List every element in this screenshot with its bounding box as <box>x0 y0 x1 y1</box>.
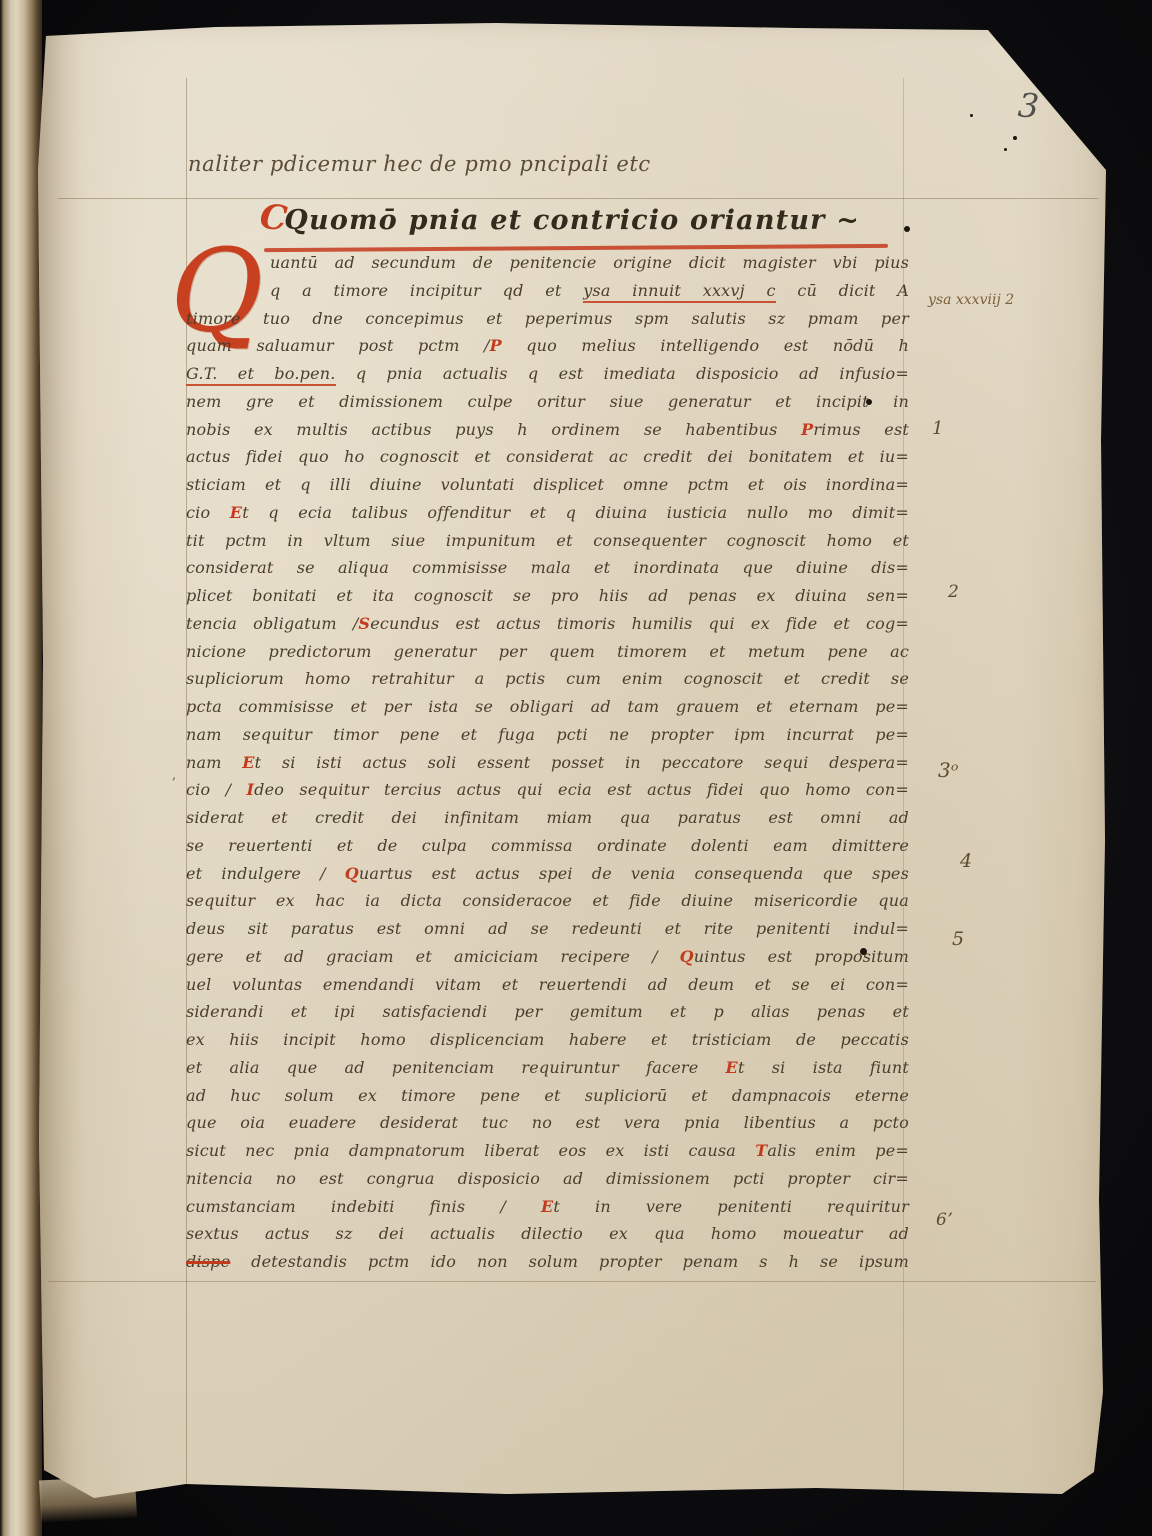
rubricated-letter: Q <box>345 864 359 883</box>
ink-speck <box>1013 136 1017 140</box>
text-segment: deus sit paratus est omni ad se redeunti… <box>186 919 909 938</box>
text-segment: rimus est <box>813 420 909 439</box>
text-segment: sequitur ex hac ia dicta consideracoe et… <box>186 891 909 910</box>
text-line: sequitur ex hac ia dicta consideracoe et… <box>186 891 909 919</box>
text-segment: ex hiis incipit homo displicenciam haber… <box>186 1030 909 1049</box>
text-segment: uartus est actus spei de venia consequen… <box>359 864 909 883</box>
text-segment: nam sequitur timor pene et fuga pcti ne … <box>186 725 909 744</box>
text-line: sicut nec pnia dampnatorum liberat eos e… <box>186 1141 909 1169</box>
text-segment: t si isti actus soli essent posset in pe… <box>255 753 909 772</box>
text-line: cio / Ideo sequitur tercius actus qui ec… <box>186 780 909 808</box>
text-segment: gere et ad graciam et amiciciam recipere… <box>186 947 680 966</box>
text-segment: q pnia actualis q est imediata disposici… <box>336 364 909 383</box>
margin-act-number: 6ʼ <box>936 1210 952 1230</box>
text-line: cumstanciam indebiti finis / Et in vere … <box>186 1197 909 1225</box>
chapter-title: CQuomō pnia et contricio oriantur ~ <box>260 198 860 238</box>
text-line: siderandi et ipi satisfaciendi per gemit… <box>186 1002 909 1030</box>
text-segment: que oia euadere desiderat tuc no est ver… <box>186 1113 909 1132</box>
ink-speck <box>1004 148 1007 151</box>
folio-number: 3 <box>1017 85 1041 125</box>
text-segment: quo melius intelligendo est nōdū h <box>502 336 909 355</box>
margin-citation: ysa xxxviij 2 <box>928 292 1014 308</box>
text-segment: sicut nec pnia dampnatorum liberat eos e… <box>186 1141 755 1160</box>
book-gutter-page-edges <box>0 0 42 1536</box>
text-line: siderat et credit dei infinitam miam qua… <box>186 808 909 836</box>
body-text-block: uantū ad secundum de penitencie origine … <box>186 253 909 1280</box>
text-segment: se reuertenti et de culpa commissa ordin… <box>186 836 909 855</box>
text-line: dispe detestandis pctm ido non solum pro… <box>186 1252 909 1280</box>
text-segment: nitencia no est congrua disposicio ad di… <box>186 1169 909 1188</box>
margin-act-number: 1 <box>932 418 943 439</box>
text-line: que oia euadere desiderat tuc no est ver… <box>186 1113 909 1141</box>
text-line: considerat se aliqua commisisse mala et … <box>186 558 909 586</box>
text-line: nitencia no est congrua disposicio ad di… <box>186 1169 909 1197</box>
text-segment: et alia que ad penitenciam requiruntur f… <box>186 1058 726 1077</box>
red-struck-word: dispe <box>186 1252 230 1271</box>
text-segment: quam saluamur post pctm / <box>186 336 490 355</box>
text-line: actus fidei quo ho cognoscit et consider… <box>186 447 909 475</box>
text-line: q a timore incipitur qd et ysa innuit xx… <box>186 281 909 309</box>
manuscript-photo: 3 naliter pdicemur hec de pmo pncipali e… <box>0 0 1152 1536</box>
text-segment: pcta commisisse et per ista se obligari … <box>186 697 909 716</box>
red-underlined-phrase: ysa innuit xxxvj c <box>583 281 775 303</box>
text-segment: et indulgere / <box>186 864 345 883</box>
text-line: cio Et q ecia talibus offenditur et q di… <box>186 503 909 531</box>
text-segment: siderandi et ipi satisfaciendi per gemit… <box>186 1002 909 1021</box>
text-segment: tencia obligatum / <box>186 614 358 633</box>
text-segment: t in vere penitenti requiritur <box>553 1197 909 1216</box>
text-line: tencia obligatum /Secundus est actus tim… <box>186 614 909 642</box>
red-underlined-phrase: G.T. et bo.pen. <box>186 364 336 386</box>
text-segment: nem gre et dimissionem culpe oritur siue… <box>186 392 909 411</box>
text-segment: cio <box>186 503 230 522</box>
text-segment: deo sequitur tercius actus qui ecia est … <box>254 780 909 799</box>
text-segment: detestandis pctm ido non solum propter p… <box>230 1252 909 1271</box>
text-segment: plicet bonitati et ita cognoscit se pro … <box>186 586 909 605</box>
text-segment: supliciorum homo retrahitur a pctis cum … <box>186 669 909 688</box>
text-segment: nam <box>186 753 242 772</box>
text-segment: nicione predictorum generatur per quem t… <box>186 642 909 661</box>
chapter-title-text: Quomō pnia et contricio oriantur ~ <box>284 205 860 236</box>
text-segment: uintus est propositum <box>694 947 909 966</box>
text-line: nam sequitur timor pene et fuga pcti ne … <box>186 725 909 753</box>
text-segment: timore tuo dne concepimus et peperimus s… <box>186 309 909 328</box>
text-segment: ad huc solum ex timore pene et suplicior… <box>186 1086 909 1105</box>
text-line: uantū ad secundum de penitencie origine … <box>186 253 909 281</box>
rubricated-letter: E <box>242 753 254 772</box>
margin-act-number: 2 <box>948 582 959 602</box>
margin-act-number: 3ᵒ <box>938 758 958 782</box>
text-segment: sticiam et q illi diuine voluntati displ… <box>186 475 909 494</box>
text-line: quam saluamur post pctm /P quo melius in… <box>186 336 909 364</box>
text-segment: ecundus est actus timoris humilis qui ex… <box>370 614 909 633</box>
text-line: pcta commisisse et per ista se obligari … <box>186 697 909 725</box>
text-line: uel voluntas emendandi vitam et reuerten… <box>186 975 909 1003</box>
running-header: naliter pdicemur hec de pmo pncipali etc <box>188 152 748 176</box>
text-line: ad huc solum ex timore pene et suplicior… <box>186 1086 909 1114</box>
rubricated-letter: Q <box>680 947 694 966</box>
text-line: tit pctm in vltum siue impunitum et cons… <box>186 531 909 559</box>
text-line: deus sit paratus est omni ad se redeunti… <box>186 919 909 947</box>
text-segment: uantū ad secundum de penitencie origine … <box>270 253 909 272</box>
ink-speck <box>970 114 973 117</box>
title-red-underline <box>264 244 888 252</box>
rubricated-letter: E <box>230 503 242 522</box>
text-line: supliciorum homo retrahitur a pctis cum … <box>186 669 909 697</box>
text-line: nem gre et dimissionem culpe oritur siue… <box>186 392 909 420</box>
text-line: nam Et si isti actus soli essent posset … <box>186 753 909 781</box>
text-segment: siderat et credit dei infinitam miam qua… <box>186 808 909 827</box>
ink-dot <box>904 226 910 232</box>
text-segment: t si ista fiunt <box>738 1058 909 1077</box>
rubricated-letter: T <box>755 1141 767 1160</box>
text-segment: t q ecia talibus offenditur et q diuina … <box>242 503 909 522</box>
text-segment: cū dicit A <box>776 281 909 300</box>
text-line: nobis ex multis actibus puys h ordinem s… <box>186 420 909 448</box>
manuscript-page: 3 naliter pdicemur hec de pmo pncipali e… <box>36 20 1108 1520</box>
text-line: G.T. et bo.pen. q pnia actualis q est im… <box>186 364 909 392</box>
text-segment: sextus actus sz dei actualis dilectio ex… <box>186 1224 909 1243</box>
text-line: et indulgere / Quartus est actus spei de… <box>186 864 909 892</box>
rubricated-letter: P <box>490 336 502 355</box>
text-line: se reuertenti et de culpa commissa ordin… <box>186 836 909 864</box>
text-segment: alis enim pe= <box>767 1141 909 1160</box>
text-line: timore tuo dne concepimus et peperimus s… <box>186 309 909 337</box>
text-segment: uel voluntas emendandi vitam et reuerten… <box>186 975 909 994</box>
text-line: sextus actus sz dei actualis dilectio ex… <box>186 1224 909 1252</box>
text-line: sticiam et q illi diuine voluntati displ… <box>186 475 909 503</box>
ruling-line-bottom <box>48 1281 1096 1282</box>
text-segment: considerat se aliqua commisisse mala et … <box>186 558 909 577</box>
rubricated-letter: P <box>801 420 813 439</box>
margin-tick: , <box>172 768 176 783</box>
text-segment: q a timore incipitur qd et <box>270 281 583 300</box>
rubricated-letter: E <box>726 1058 738 1077</box>
margin-act-number: 4 <box>960 850 972 872</box>
text-line: et alia que ad penitenciam requiruntur f… <box>186 1058 909 1086</box>
rubricated-letter: S <box>358 614 370 633</box>
text-line: plicet bonitati et ita cognoscit se pro … <box>186 586 909 614</box>
text-segment: actus fidei quo ho cognoscit et consider… <box>186 447 909 466</box>
text-line: gere et ad graciam et amiciciam recipere… <box>186 947 909 975</box>
rubricated-letter: E <box>541 1197 553 1216</box>
rubricated-letter: I <box>246 780 254 799</box>
text-segment: nobis ex multis actibus puys h ordinem s… <box>186 420 801 439</box>
text-segment: tit pctm in vltum siue impunitum et cons… <box>186 531 909 550</box>
ink-speck <box>866 399 872 405</box>
text-line: nicione predictorum generatur per quem t… <box>186 642 909 670</box>
text-segment: cio / <box>186 780 246 799</box>
text-segment: cumstanciam indebiti finis / <box>186 1197 541 1216</box>
text-line: ex hiis incipit homo displicenciam haber… <box>186 1030 909 1058</box>
margin-act-number: 5 <box>952 928 964 950</box>
ink-speck <box>860 948 867 955</box>
